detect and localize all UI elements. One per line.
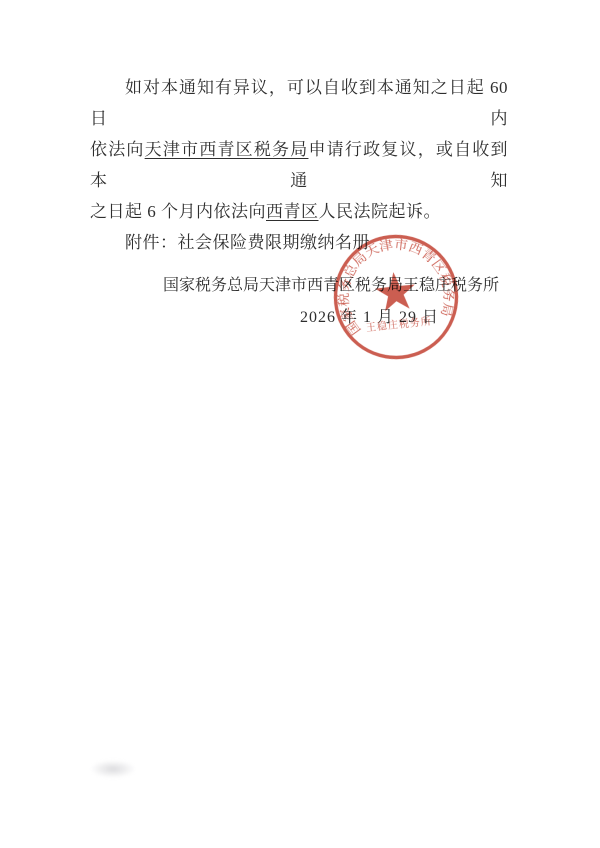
underlined-text-district: 西青区: [266, 202, 319, 221]
scan-smudge-mark: [90, 760, 136, 778]
seal-name-text: 王稳庄税务所: [365, 314, 432, 334]
document-page: 如对本通知有异议，可以自收到本通知之日起 60 日内 依法向天津市西青区税务局申…: [0, 0, 600, 848]
paragraph-line-1: 如对本通知有异议，可以自收到本通知之日起 60 日内: [90, 72, 508, 134]
underlined-text-tax-bureau: 天津市西青区税务局: [145, 140, 309, 159]
text-segment: 之日起 6 个月内依法向: [90, 202, 266, 221]
paragraph-line-2: 依法向天津市西青区税务局申请行政复议，或自收到本通知: [90, 134, 508, 196]
text-segment: 如对本通知有异议，可以自收到本通知之日起 60 日内: [90, 78, 508, 128]
official-seal-stamp: 国家税务总局天津市西青区税务局 王稳庄税务所: [312, 213, 479, 380]
text-segment: 依法向: [90, 140, 145, 159]
seal-star-icon: [373, 270, 417, 312]
